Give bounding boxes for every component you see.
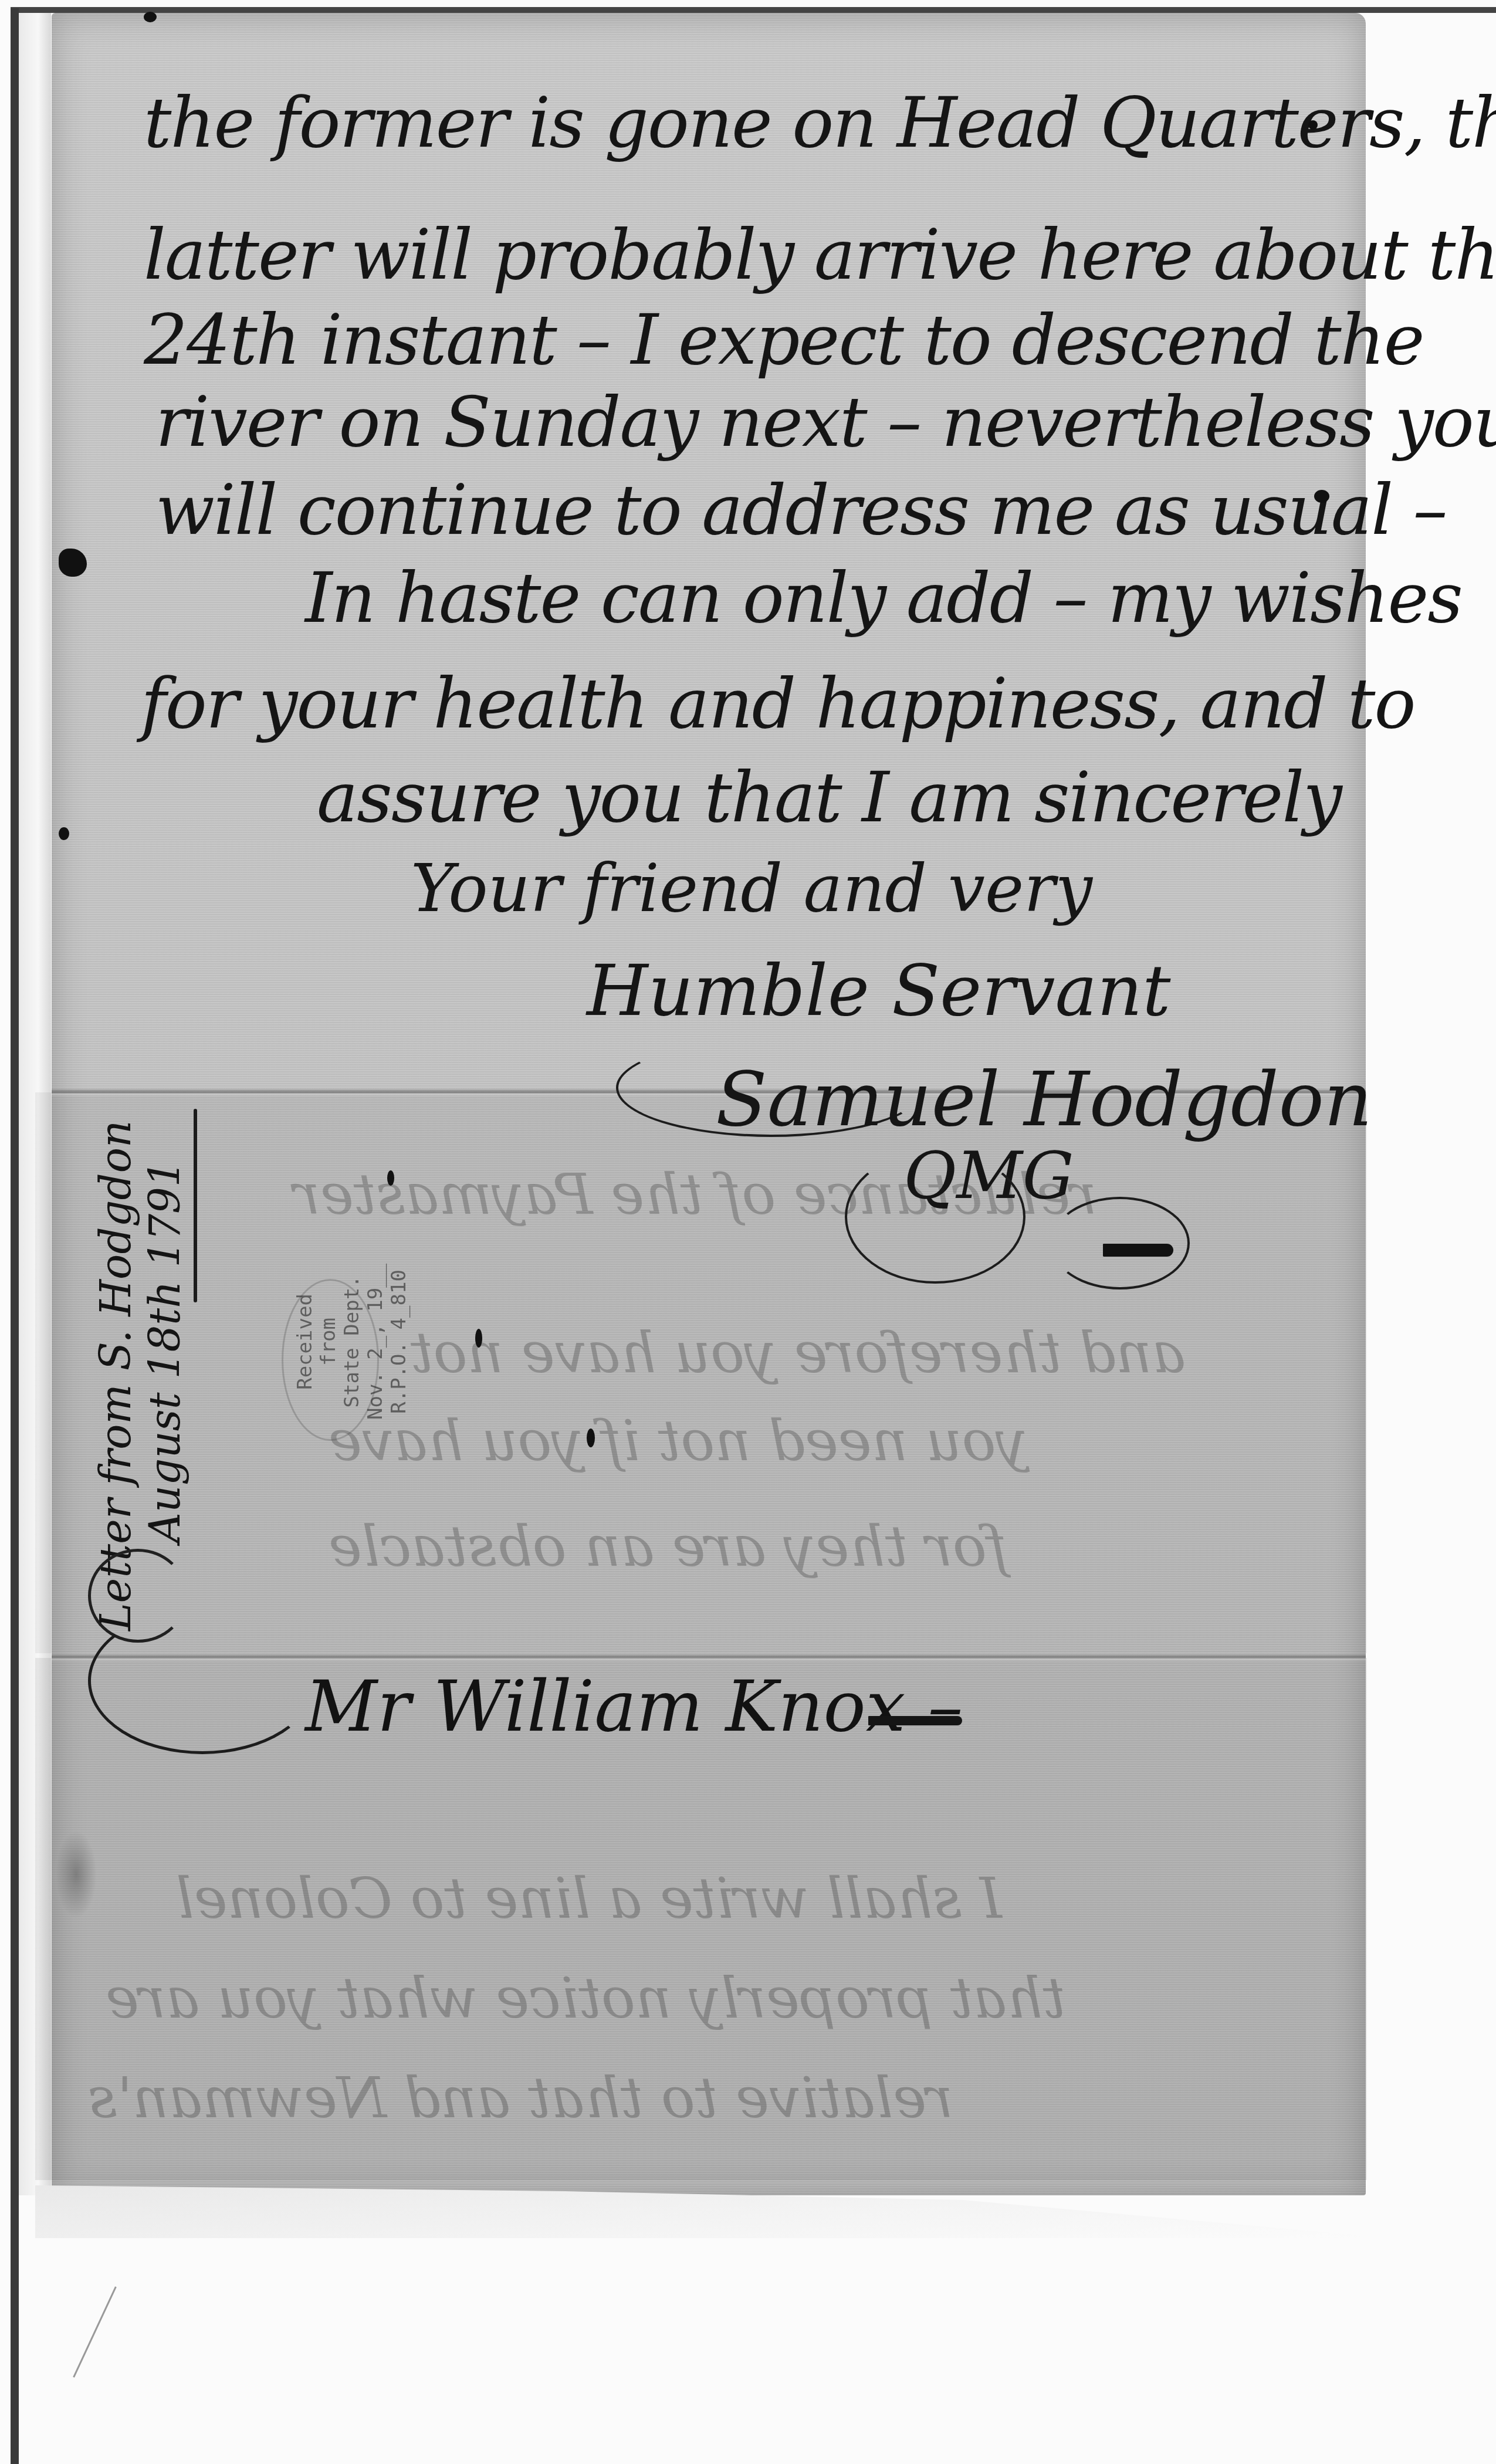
- letter-line-1: the former is gone on Head Quarters, the: [144, 82, 1496, 163]
- bleed-through-line: for they are an obstacle: [329, 1514, 1007, 1579]
- docket-line-2: August 18th 1791: [140, 1121, 189, 1543]
- ink-blot: [59, 549, 87, 577]
- letter-line-7: for your health and happiness, and to: [141, 663, 1414, 744]
- bleed-through-line: you need not if you have: [329, 1408, 1028, 1474]
- received-stamp: Received from State Dept. Nov. 2_, 19__ …: [293, 1264, 411, 1420]
- letter-line-4: river on Sunday next – nevertheless you: [155, 381, 1496, 462]
- stamp-line-1: Received: [293, 1264, 317, 1420]
- stray-pen-mark: [73, 2286, 117, 2377]
- letter-line-8: assure you that I am sincerely: [317, 757, 1341, 838]
- stamp-line-5: R.P.O. 4_810: [387, 1264, 411, 1420]
- bleed-through-line: and therefore you have not: [411, 1320, 1186, 1386]
- ink-stroke-mark: [1103, 1244, 1173, 1257]
- letter-line-2: latter will probably arrive here about t…: [144, 214, 1496, 295]
- ink-blot: [387, 1170, 394, 1186]
- ink-blot: [475, 1329, 482, 1348]
- signature-flourish-icon: [845, 1150, 1025, 1284]
- signature-paraph-icon: [1050, 1197, 1190, 1289]
- stamp-line-4: Nov. 2_, 19__: [364, 1264, 387, 1420]
- closing-line-1: Your friend and very: [411, 851, 1092, 927]
- ink-blot: [59, 827, 69, 840]
- bleed-through-line: relative to that and Newman's: [88, 2065, 953, 2131]
- docket-underline: [194, 1109, 197, 1302]
- address-flourish-icon: [88, 1607, 317, 1754]
- scanner-edge-left: [11, 8, 19, 2464]
- address-recipient: Mr William Knox –: [305, 1666, 963, 1748]
- ink-blot: [144, 12, 157, 22]
- closing-line-2: Humble Servant: [587, 950, 1171, 1032]
- ink-blot: [1308, 120, 1318, 130]
- stamp-line-3: State Dept.: [340, 1264, 364, 1420]
- ink-blot: [1314, 490, 1329, 503]
- scanner-edge-top: [11, 7, 1496, 13]
- stain-mark: [56, 1830, 97, 1918]
- address-dash-mark: [868, 1716, 962, 1725]
- bleed-through-line: I shall write a line to Colonel: [176, 1866, 1002, 1931]
- letter-line-3: 24th instant – I expect to descend the: [144, 299, 1424, 380]
- bleed-through-line: that properly notice what you are: [106, 1965, 1065, 2031]
- ink-blot: [587, 1429, 595, 1447]
- stamp-line-2: from: [317, 1264, 340, 1420]
- letter-line-5: will continue to address me as usual –: [155, 469, 1446, 550]
- signature-name: Samuel Hodgdon: [716, 1056, 1372, 1143]
- letter-line-6: In haste can only add – my wishes: [305, 557, 1462, 638]
